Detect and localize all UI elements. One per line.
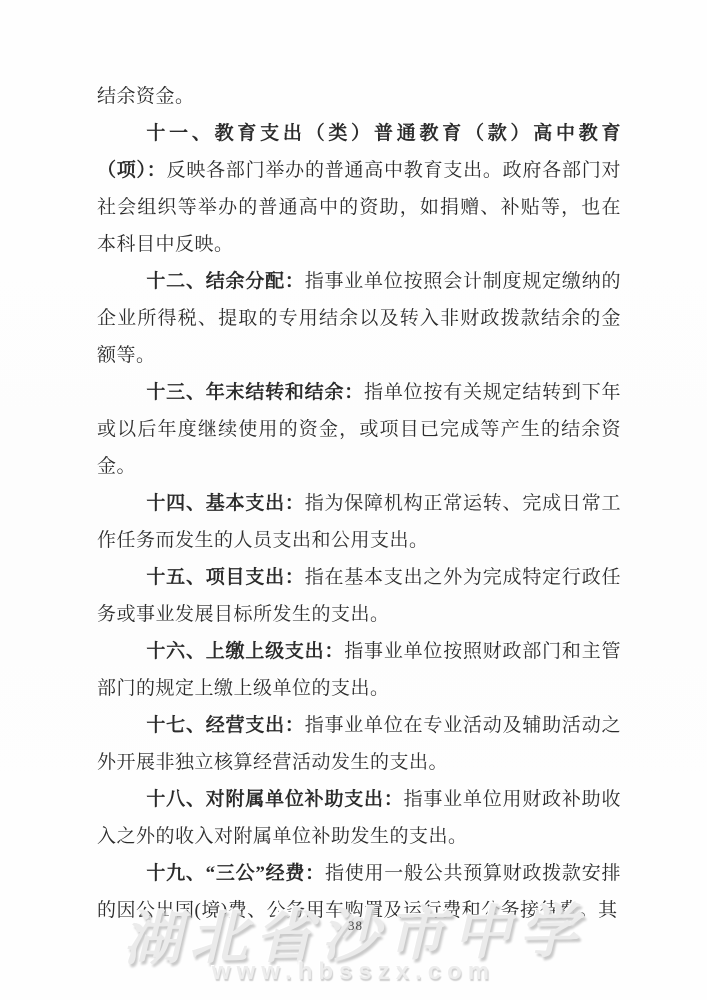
section-heading-17: 十七、经营支出：: [146, 715, 304, 736]
section-heading-14: 十四、基本支出：: [146, 493, 304, 514]
section-heading-16: 十六、上缴上级支出：: [146, 641, 344, 662]
section-heading-15: 十五、项目支出：: [146, 567, 304, 588]
section-paragraph-15: 十五、项目支出：指在基本支出之外为完成特定行政任务或事业发展目标所发生的支出。: [97, 559, 621, 633]
section-paragraph-13: 十三、年末结转和结余：指单位按有关规定结转到下年或以后年度继续使用的资金，或项目…: [97, 374, 621, 485]
page-body-text: 结余资金。 十一、教育支出（类）普通教育（款）高中教育（项）：反映各部门举办的普…: [97, 78, 621, 929]
watermark-website-url: www.hbsszx.com: [212, 958, 495, 986]
section-paragraph-17: 十七、经营支出：指事业单位在专业活动及辅助活动之外开展非独立核算经营活动发生的支…: [97, 707, 621, 781]
section-paragraph-16: 十六、上缴上级支出：指事业单位按照财政部门和主管部门的规定上缴上级单位的支出。: [97, 633, 621, 707]
document-page: 结余资金。 十一、教育支出（类）普通教育（款）高中教育（项）：反映各部门举办的普…: [0, 0, 707, 1000]
section-paragraph-12: 十二、结余分配：指事业单位按照会计制度规定缴纳的企业所得税、提取的专用结余以及转…: [97, 263, 621, 374]
section-paragraph-11: 十一、教育支出（类）普通教育（款）高中教育（项）：反映各部门举办的普通高中教育支…: [97, 115, 621, 263]
section-heading-13: 十三、年末结转和结余：: [146, 382, 364, 403]
section-paragraph-18: 十八、对附属单位补助支出：指事业单位用财政补助收入之外的收入对附属单位补助发生的…: [97, 781, 621, 855]
section-paragraph-14: 十四、基本支出：指为保障机构正常运转、完成日常工作任务而发生的人员支出和公用支出…: [97, 485, 621, 559]
paragraph-continuation: 结余资金。: [97, 78, 621, 115]
section-body-11: 反映各部门举办的普通高中教育支出。政府各部门对社会组织等举办的普通高中的资助，如…: [97, 160, 621, 255]
section-heading-12: 十二、结余分配：: [146, 271, 304, 292]
page-number: 38: [348, 918, 363, 934]
page-footer: 湖北省沙市中学 38 www.hbsszx.com: [0, 870, 707, 1000]
section-heading-18: 十八、对附属单位补助支出：: [146, 789, 403, 810]
continuation-text: 结余资金。: [97, 86, 195, 107]
